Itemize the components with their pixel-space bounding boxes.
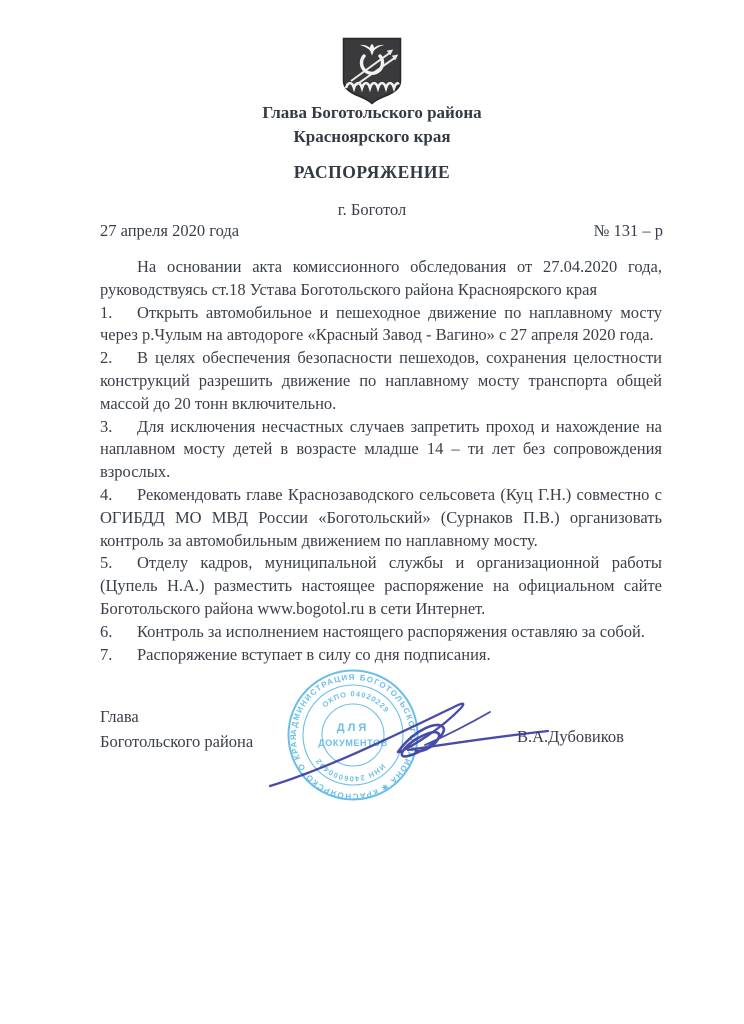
item-number-1: 1. (100, 302, 137, 325)
signature-icon (240, 690, 570, 802)
doc-number: № 131 – р (594, 221, 663, 241)
org-name-line1: Глава Боготольского района (0, 101, 744, 125)
item-text-2: В целях обеспечения безопасности пешеход… (100, 348, 662, 413)
document-page: Глава Боготольского района Красноярского… (0, 0, 744, 1024)
item-text-5: Отделу кадров, муниципальной службы и ор… (100, 553, 662, 618)
order-item-5: 5.Отделу кадров, муниципальной службы и … (100, 552, 662, 620)
order-item-6: 6.Контроль за исполнением настоящего рас… (100, 621, 662, 644)
signer-title: Глава Боготольского района (100, 704, 253, 754)
item-text-3: Для исключения несчастных случаев запрет… (100, 417, 662, 482)
item-number-6: 6. (100, 621, 137, 644)
item-number-5: 5. (100, 552, 137, 575)
order-item-2: 2.В целях обеспечения безопасности пешех… (100, 347, 662, 415)
item-number-2: 2. (100, 347, 137, 370)
signer-title-line2: Боготольского района (100, 729, 253, 754)
signer-title-line1: Глава (100, 704, 253, 729)
place-line: г. Боготол (0, 200, 744, 220)
item-text-6: Контроль за исполнением настоящего распо… (137, 622, 645, 641)
intro-paragraph: На основании акта комиссионного обследов… (100, 256, 662, 302)
org-name-line2: Красноярского края (0, 125, 744, 149)
org-name: Глава Боготольского района Красноярского… (0, 101, 744, 148)
coat-of-arms-icon (342, 37, 402, 105)
item-text-7: Распоряжение вступает в силу со дня подп… (137, 645, 491, 664)
order-item-7: 7.Распоряжение вступает в силу со дня по… (100, 644, 662, 667)
order-item-3: 3.Для исключения несчастных случаев запр… (100, 416, 662, 484)
item-number-3: 3. (100, 416, 137, 439)
item-text-1: Открыть автомобильное и пешеходное движе… (100, 303, 662, 345)
doc-date: 27 апреля 2020 года (100, 221, 239, 241)
meta-row: 27 апреля 2020 года № 131 – р (100, 221, 663, 241)
document-body: На основании акта комиссионного обследов… (100, 256, 662, 666)
item-number-7: 7. (100, 644, 137, 667)
item-number-4: 4. (100, 484, 137, 507)
doc-type-title: РАСПОРЯЖЕНИЕ (0, 162, 744, 183)
order-item-1: 1.Открыть автомобильное и пешеходное дви… (100, 302, 662, 348)
order-item-4: 4.Рекомендовать главе Краснозаводского с… (100, 484, 662, 552)
item-text-4: Рекомендовать главе Краснозаводского сел… (100, 485, 662, 550)
